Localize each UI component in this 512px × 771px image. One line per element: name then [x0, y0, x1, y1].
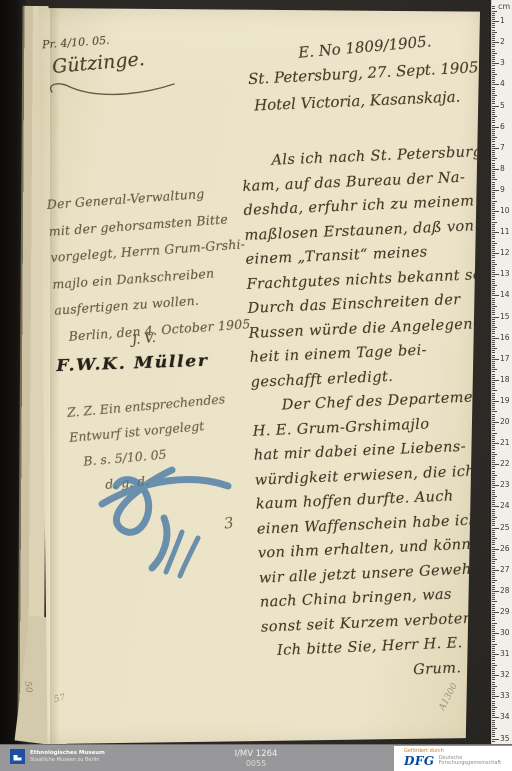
ruler-tick	[492, 397, 495, 398]
ruler-tick	[492, 502, 495, 503]
ruler-tick	[492, 30, 495, 31]
ruler-tick	[492, 384, 495, 385]
ruler-tick	[492, 682, 495, 683]
ruler-tick	[492, 741, 495, 742]
ruler-tick	[492, 597, 495, 598]
ruler-tick	[492, 633, 499, 634]
ruler-tick	[492, 625, 495, 626]
ruler-tick	[492, 141, 495, 142]
ruler-tick	[492, 323, 495, 324]
ruler-tick	[492, 32, 497, 33]
ruler-tick	[492, 390, 497, 391]
ruler-tick	[492, 684, 495, 685]
ruler-tick	[492, 238, 495, 239]
ruler-tick	[492, 207, 495, 208]
ruler-tick	[492, 380, 499, 381]
ruler-tick	[492, 671, 495, 672]
ruler-tick	[492, 654, 499, 655]
ruler-tick	[492, 65, 495, 66]
ruler-tick	[492, 68, 495, 69]
ruler-tick	[492, 698, 495, 699]
ruler-tick	[492, 525, 495, 526]
ruler-tick	[492, 6, 495, 7]
ruler-tick	[492, 327, 497, 328]
ruler-tick	[492, 601, 497, 602]
ruler-number: 8	[500, 165, 512, 173]
ruler-tick	[492, 650, 495, 651]
ruler-tick	[492, 707, 497, 708]
ruler-tick	[492, 604, 495, 605]
ruler-tick	[492, 116, 497, 117]
ruler-tick	[492, 614, 495, 615]
ruler-tick	[492, 538, 497, 539]
ruler-tick	[492, 437, 495, 438]
ruler-number: 30	[500, 629, 512, 637]
ruler-tick	[492, 196, 495, 197]
name-stamp: F.W.K. Müller	[56, 351, 209, 375]
ruler-tick	[492, 521, 495, 522]
ruler-tick	[492, 401, 499, 402]
ruler-tick	[492, 399, 495, 400]
ruler-tick	[492, 616, 495, 617]
ruler-number: 20	[500, 418, 512, 426]
ruler-tick	[492, 219, 495, 220]
ruler-tick	[492, 447, 495, 448]
ruler-tick	[492, 257, 495, 258]
ruler-tick	[492, 120, 495, 121]
ruler-tick	[492, 724, 495, 725]
ruler-tick	[492, 574, 495, 575]
ruler-tick	[492, 253, 499, 254]
ruler-tick	[492, 89, 495, 90]
ruler-tick	[492, 171, 495, 172]
ruler-tick	[492, 445, 495, 446]
ruler-number: 11	[500, 228, 512, 236]
ruler-tick	[492, 331, 495, 332]
ruler-tick	[492, 101, 495, 102]
ruler-number: 15	[500, 313, 512, 321]
ruler-tick	[492, 97, 495, 98]
ruler-tick	[492, 46, 495, 47]
ruler-number: 27	[500, 566, 512, 574]
ruler-tick	[492, 84, 499, 85]
ruler-tick	[492, 433, 497, 434]
ruler-tick	[492, 188, 495, 189]
ruler-tick	[492, 561, 495, 562]
ruler-tick	[492, 291, 495, 292]
ruler-tick	[492, 414, 495, 415]
dfg-logo: DFG	[404, 755, 435, 767]
ruler-tick	[492, 243, 497, 244]
ruler-tick	[492, 656, 495, 657]
ruler-tick	[492, 506, 499, 507]
ruler-number: 2	[500, 38, 512, 46]
ruler-tick	[492, 641, 495, 642]
ruler-tick	[492, 312, 495, 313]
ruler-number: 23	[500, 481, 512, 489]
ruler-tick	[492, 549, 499, 550]
ruler-tick	[492, 8, 495, 9]
ruler-tick	[492, 186, 495, 187]
ruler-number: 25	[500, 524, 512, 532]
ruler-tick	[492, 536, 495, 537]
ruler-tick	[492, 357, 495, 358]
ruler-tick	[492, 456, 495, 457]
ruler-tick	[492, 49, 495, 50]
ruler-tick	[492, 40, 495, 41]
ruler-tick	[492, 36, 495, 37]
ruler-number: 21	[500, 439, 512, 447]
ruler-tick	[492, 599, 495, 600]
ruler-tick	[492, 317, 499, 318]
ruler-tick	[492, 152, 495, 153]
ruler-tick	[492, 454, 497, 455]
ruler-tick	[492, 443, 499, 444]
ruler-tick	[492, 222, 497, 223]
ruler-number: 14	[500, 291, 512, 299]
ruler-tick	[492, 711, 495, 712]
ruler-tick	[492, 165, 495, 166]
ruler-tick	[492, 333, 495, 334]
ruler-tick	[492, 122, 495, 123]
ruler-tick	[492, 407, 495, 408]
ruler-tick	[492, 679, 495, 680]
ruler-tick	[492, 215, 495, 216]
ruler-tick	[492, 355, 495, 356]
ruler-tick	[492, 555, 495, 556]
ruler-tick	[492, 468, 495, 469]
ruler-number: 12	[500, 249, 512, 257]
ruler-tick	[492, 91, 495, 92]
ruler-tick	[492, 177, 495, 178]
ruler-tick	[492, 38, 495, 39]
ruler-tick	[492, 452, 495, 453]
ruler-tick	[492, 348, 497, 349]
ruler-tick	[492, 21, 499, 22]
ruler-number: 24	[500, 502, 512, 510]
ruler-tick	[492, 411, 497, 412]
ruler-tick	[492, 593, 495, 594]
ruler-tick	[492, 369, 497, 370]
ruler-tick	[492, 644, 497, 645]
ruler-tick	[492, 314, 495, 315]
ruler-tick	[492, 694, 495, 695]
ruler-tick	[492, 660, 495, 661]
ruler-tick	[492, 585, 495, 586]
ruler-tick	[492, 523, 495, 524]
ruler-tick	[492, 517, 497, 518]
ruler-tick	[492, 528, 499, 529]
ruler-tick	[492, 80, 495, 81]
ruler-tick	[492, 511, 495, 512]
letter-paper: Pr. 4/10. 05. Gützinge. E. No 1809/1905.…	[36, 8, 480, 744]
ruler-tick	[492, 553, 495, 554]
ruler-tick	[492, 500, 495, 501]
ruler-tick	[492, 435, 495, 436]
ruler-tick	[492, 266, 495, 267]
ruler-tick	[492, 175, 495, 176]
ruler-tick	[492, 420, 495, 421]
ruler-number: 1	[500, 17, 512, 25]
ruler-tick	[492, 686, 497, 687]
ruler-tick	[492, 95, 497, 96]
ruler-tick	[492, 344, 495, 345]
ruler-number: 34	[500, 713, 512, 721]
ruler-tick	[492, 232, 499, 233]
ruler-tick	[492, 703, 495, 704]
ruler-tick	[492, 618, 495, 619]
ruler-tick	[492, 87, 495, 88]
ruler-tick	[492, 72, 495, 73]
ruler-tick	[492, 580, 497, 581]
ruler-tick	[492, 131, 495, 132]
ruler-tick	[492, 513, 495, 514]
ruler-tick	[492, 559, 497, 560]
pencil-margin-mark-right: A1300	[437, 682, 460, 713]
ruler-tick	[492, 346, 495, 347]
ruler-tick	[492, 663, 495, 664]
ruler-tick	[492, 409, 495, 410]
ruler-number: 5	[500, 102, 512, 110]
ruler-tick	[492, 578, 495, 579]
address-line: Hotel Victoria, Kasanskaja.	[254, 88, 461, 115]
ruler-tick	[492, 279, 495, 280]
ruler-tick	[492, 321, 495, 322]
ruler-tick	[492, 460, 495, 461]
ruler-tick	[492, 160, 495, 161]
ruler-number: 19	[500, 397, 512, 405]
ruler-unit-label: cm	[498, 2, 510, 11]
ruler-tick	[492, 464, 499, 465]
ruler-tick	[492, 359, 499, 360]
ruler-tick	[492, 418, 495, 419]
ruler-tick	[492, 245, 495, 246]
ruler-tick	[492, 302, 495, 303]
ruler-tick	[492, 709, 495, 710]
ruler-tick	[492, 25, 495, 26]
ruler-tick	[492, 129, 495, 130]
ruler-number: 7	[500, 144, 512, 152]
ruler-tick	[492, 395, 495, 396]
ruler-tick	[492, 732, 495, 733]
ruler-tick	[492, 27, 495, 28]
ruler-tick	[492, 382, 495, 383]
ruler-tick	[492, 146, 495, 147]
ruler-tick	[492, 287, 495, 288]
funder-box: Gefördert durch DFG Deutsche Forschungsg…	[394, 746, 512, 771]
ruler-tick	[492, 606, 495, 607]
ruler-tick	[492, 158, 497, 159]
ruler-tick	[492, 475, 497, 476]
ruler-tick	[492, 148, 499, 149]
ruler-tick	[492, 631, 495, 632]
ruler-tick	[492, 249, 495, 250]
ruler-tick	[492, 403, 495, 404]
ruler-tick	[492, 110, 495, 111]
ruler-tick	[492, 236, 495, 237]
ruler-tick	[492, 82, 495, 83]
ruler-tick	[492, 658, 495, 659]
paper-crease	[50, 8, 60, 744]
ruler-tick	[492, 608, 495, 609]
ruler-tick	[492, 557, 495, 558]
ruler-tick	[492, 139, 495, 140]
ruler-tick	[492, 426, 495, 427]
ruler-tick	[492, 696, 499, 697]
ruler-tick	[492, 388, 495, 389]
ruler-tick	[492, 673, 495, 674]
ruler-tick	[492, 150, 495, 151]
ruler-tick	[492, 462, 495, 463]
ruler-tick	[492, 416, 495, 417]
funder-name-line2: Forschungsgemeinschaft	[439, 760, 501, 766]
ruler-tick	[492, 285, 497, 286]
ruler-tick	[492, 198, 495, 199]
pencil-margin-mark-left: 57	[53, 693, 67, 705]
ruler-tick	[492, 720, 495, 721]
ruler-number: 31	[500, 650, 512, 658]
ruler-tick	[492, 211, 499, 212]
ruler-tick	[492, 587, 495, 588]
ruler-tick	[492, 192, 495, 193]
ruler-tick	[492, 534, 495, 535]
ruler-tick	[492, 203, 495, 204]
ruler-tick	[492, 386, 495, 387]
ruler-tick	[492, 652, 495, 653]
ruler-tick	[492, 365, 495, 366]
ruler-tick	[492, 692, 495, 693]
ruler-tick	[492, 228, 495, 229]
ruler-number: 13	[500, 270, 512, 278]
signature-abbreviation: J. V.	[131, 331, 156, 348]
ruler-tick	[492, 74, 497, 75]
ruler-tick	[492, 281, 495, 282]
ruler-tick	[492, 635, 495, 636]
ruler-tick	[492, 669, 495, 670]
ruler-tick	[492, 51, 495, 52]
ruler-number: 18	[500, 376, 512, 384]
ruler-tick	[492, 509, 495, 510]
ruler-tick	[492, 99, 495, 100]
ruler-tick	[492, 241, 495, 242]
ruler-tick	[492, 329, 495, 330]
ruler-tick	[492, 209, 495, 210]
ruler-tick	[492, 637, 495, 638]
ruler-tick	[492, 260, 495, 261]
ruler-tick	[492, 17, 495, 18]
ruler-tick	[492, 247, 495, 248]
ruler-tick	[492, 350, 495, 351]
ruler-tick	[492, 42, 499, 43]
ruler-tick	[492, 137, 497, 138]
ruler-tick	[492, 154, 495, 155]
ruler-tick	[492, 374, 495, 375]
ruler-tick	[492, 230, 495, 231]
ruler-tick	[492, 610, 495, 611]
ruler-tick	[492, 371, 495, 372]
ruler-tick	[492, 293, 495, 294]
ruler-tick	[492, 264, 497, 265]
ruler-tick	[492, 226, 495, 227]
ruler-tick	[492, 319, 495, 320]
ruler-tick	[492, 734, 495, 735]
ruler-tick	[492, 728, 497, 729]
ruler-number: 35	[500, 735, 512, 743]
ruler-tick	[492, 114, 495, 115]
ruler-tick	[492, 308, 495, 309]
ruler-tick	[492, 629, 495, 630]
ruler-tick	[492, 76, 495, 77]
ruler-tick	[492, 361, 495, 362]
ruler-tick	[492, 551, 495, 552]
ruler-tick	[492, 563, 495, 564]
ruler-tick	[492, 736, 495, 737]
ruler-tick	[492, 144, 495, 145]
ruler-tick	[492, 730, 495, 731]
ruler-tick	[492, 53, 497, 54]
ruler-tick	[492, 498, 495, 499]
ruler-tick	[492, 205, 495, 206]
ruler-tick	[492, 133, 495, 134]
ruler-tick	[492, 568, 495, 569]
ruler-tick	[492, 572, 495, 573]
ruler-tick	[492, 485, 499, 486]
ruler-tick	[492, 272, 495, 273]
ruler-tick	[492, 190, 499, 191]
archive-footer: Ethnologisches Museum Staatliche Museen …	[0, 744, 512, 771]
ruler-number: 22	[500, 460, 512, 468]
ruler-tick	[492, 338, 499, 339]
ruler-number: 33	[500, 692, 512, 700]
ruler-tick	[492, 376, 495, 377]
ruler-tick	[492, 224, 495, 225]
ruler-tick	[492, 268, 495, 269]
ruler-tick	[492, 378, 495, 379]
ruler-number: 16	[500, 334, 512, 342]
ruler-tick	[492, 108, 495, 109]
ruler-tick	[492, 496, 497, 497]
ruler-tick	[492, 15, 495, 16]
ruler-tick	[492, 78, 495, 79]
ruler-tick	[492, 55, 495, 56]
ruler-tick	[492, 690, 495, 691]
ruler-tick	[492, 441, 495, 442]
ruler-tick	[492, 739, 499, 740]
ruler-tick	[492, 612, 499, 613]
ruler-tick	[492, 547, 495, 548]
ruler-tick	[492, 466, 495, 467]
ruler-tick	[492, 363, 495, 364]
ruler-tick	[492, 405, 495, 406]
ruler-tick	[492, 627, 495, 628]
ruler-tick	[492, 490, 495, 491]
ruler-tick	[492, 471, 495, 472]
ruler-tick	[492, 352, 495, 353]
flourish-word: Gützinge.	[51, 48, 145, 78]
ruler-tick	[492, 11, 497, 12]
ruler-tick	[492, 667, 495, 668]
ruler-tick	[492, 251, 495, 252]
ruler-tick	[492, 304, 495, 305]
ruler-tick	[492, 705, 495, 706]
ruler-tick	[492, 325, 495, 326]
ruler-tick	[492, 675, 499, 676]
ruler-tick	[492, 688, 495, 689]
ruler-tick	[492, 118, 495, 119]
ruler-tick	[492, 61, 495, 62]
ruler-tick	[492, 57, 495, 58]
ruler-tick	[492, 449, 495, 450]
